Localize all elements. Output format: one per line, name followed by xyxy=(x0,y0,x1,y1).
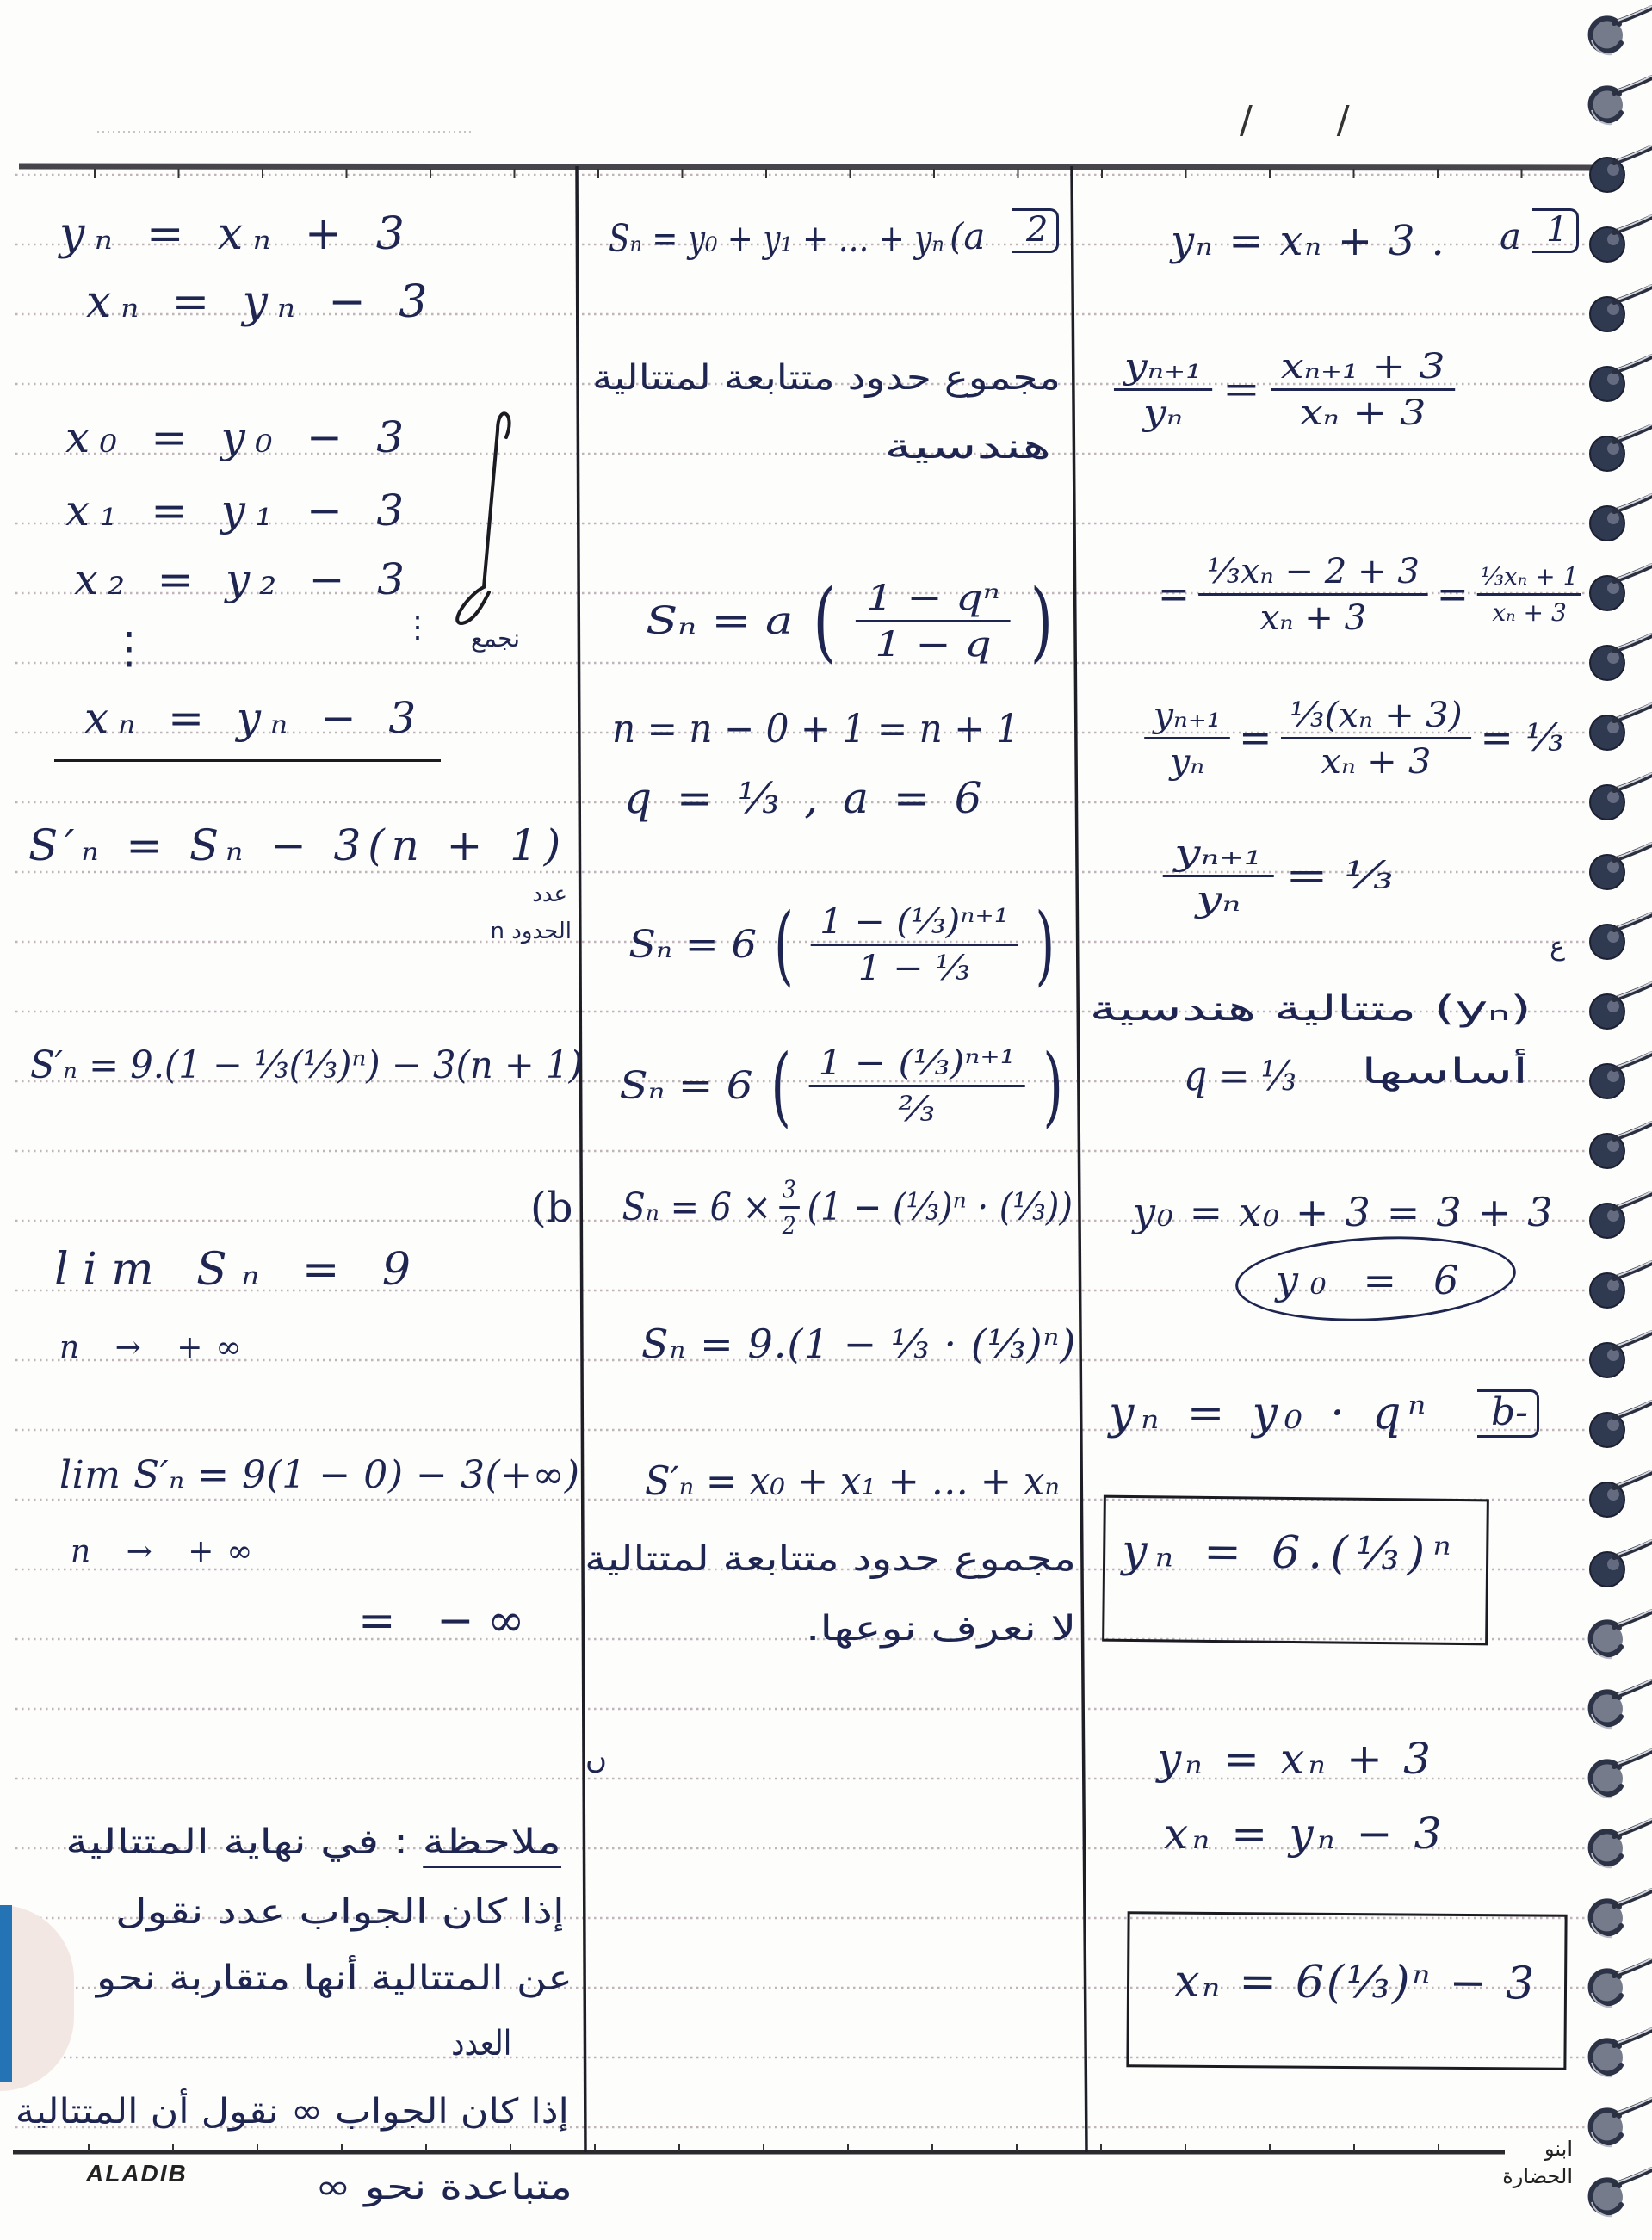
sprime-definition: S′ₙ = x₀ + x₁ + … + xₙ xyxy=(645,1461,1060,1501)
parameters: q = ⅓ , a = 6 xyxy=(624,777,987,820)
brand-logo-right: الحضارة xyxy=(1502,2166,1573,2187)
remark-line: عن المتتالية أنها متقاربة نحو xyxy=(96,1961,572,1996)
equals: = xyxy=(1437,576,1469,614)
step-lhs: Sₙ = 6 xyxy=(628,926,757,964)
y0-calculation: y₀ = x₀ + 3 = 3 + 3 xyxy=(1133,1192,1555,1232)
unknown-sum-note: مجموع حدود متتابعة لمتتالية xyxy=(585,1542,1076,1576)
denominator: 1 − ⅓ xyxy=(858,946,970,986)
y0-result: y₀ = 6 xyxy=(1276,1260,1471,1300)
remark-line: إذا كان الجواب عدد نقول xyxy=(115,1895,565,1929)
question-part-label: a xyxy=(1500,219,1521,255)
step-lhs: Sₙ = 6 xyxy=(620,1067,753,1105)
term-x0: x₀ = y₀ − 3 xyxy=(65,416,414,459)
numerator: 1 − (⅓)ⁿ⁺¹ xyxy=(809,1046,1025,1087)
numerator: 1 − qⁿ xyxy=(856,581,1011,622)
sum-underline xyxy=(54,759,441,762)
numerator: yₙ₊₁ xyxy=(1163,836,1274,877)
fraction: yₙ₊₁yₙ xyxy=(1144,698,1230,779)
fraction: 1 − (⅓)ⁿ⁺¹1 − ⅓ xyxy=(811,905,1018,986)
ratio-step-3: yₙ₊₁yₙ = ⅓(xₙ + 3)xₙ + 3 = ⅓ xyxy=(1140,698,1568,779)
ratio-step-4: yₙ₊₁yₙ = ⅓ xyxy=(1157,836,1400,917)
formula-lhs: Sₙ = a xyxy=(646,603,793,640)
numerator: ⅓(xₙ + 3) xyxy=(1281,698,1471,739)
sum-definition: Sₙ = y₀ + y₁ + … + yₙ xyxy=(609,220,944,258)
question-number-badge: 1 xyxy=(1532,208,1579,253)
vertical-ellipsis: ⋮ xyxy=(403,613,432,642)
open-paren: ( xyxy=(774,902,794,988)
step-lhs: Sₙ = 6 × xyxy=(622,1189,771,1227)
geometric-sum-note: هندسية xyxy=(884,430,1051,464)
ratio-step-2: = ⅓xₙ − 2 + 3xₙ + 3 = ⅓xₙ + 1xₙ + 3 xyxy=(1154,554,1586,635)
denominator: xₙ + 3 xyxy=(1321,739,1432,779)
margin-mark: ع xyxy=(1550,934,1565,960)
sequence-definition: yₙ = xₙ + 3 . xyxy=(1171,220,1446,262)
geometric-conclusion: (yₙ) متتالية هندسية xyxy=(1090,992,1531,1026)
brand-logo-left: ALADIB xyxy=(86,2162,188,2186)
denominator: xₙ + 3 xyxy=(1300,391,1426,430)
vertical-ellipsis: ⋮ xyxy=(108,627,151,670)
question-part-badge: b- xyxy=(1477,1389,1539,1438)
ratio-value: q = ⅓ xyxy=(1184,1055,1296,1097)
denominator: 2 xyxy=(779,1209,799,1238)
denominator: xₙ + 3 xyxy=(1488,596,1569,625)
relation-y: yₙ = xₙ + 3 xyxy=(59,212,414,257)
remark-title: ملاحظة xyxy=(423,1822,561,1868)
relation-x: xₙ = yₙ − 3 xyxy=(1164,1812,1445,1855)
open-paren: ( xyxy=(813,579,835,665)
result-box: yₙ = 6.(⅓)ⁿ xyxy=(1102,1495,1489,1646)
fraction: 1 − qⁿ1 − q xyxy=(856,581,1011,662)
question-part-label: (b xyxy=(530,1187,572,1228)
limit-sprime-result: = −∞ xyxy=(358,1599,538,1643)
relation-y: yₙ = xₙ + 3 xyxy=(1157,1737,1434,1780)
remark-line: متباعدة نحو ∞ xyxy=(315,2170,572,2205)
geometric-sum-note: مجموع حدود متتابعة لمتتالية xyxy=(592,361,1061,395)
page-tab-strip xyxy=(0,1905,12,2082)
sum-formula: Sₙ = a ( 1 − qⁿ1 − q ) xyxy=(640,579,1067,665)
sprime-relation: S′ₙ = Sₙ − 3(n + 1) xyxy=(28,824,567,867)
denominator: xₙ + 3 xyxy=(1260,596,1366,635)
denominator: yₙ xyxy=(1170,739,1204,779)
term-x1: x₁ = y₁ − 3 xyxy=(65,489,414,532)
sum-step-2: Sₙ = 6 ( 1 − (⅓)ⁿ⁺¹⅔ ) xyxy=(615,1043,1076,1129)
term-count: n = n − 0 + 1 = n + 1 xyxy=(612,709,1019,748)
sum-step-4: Sₙ = 9.(1 − ⅓ · (⅓)ⁿ) xyxy=(641,1324,1076,1364)
close-paren: ) xyxy=(1043,1043,1063,1129)
yn-result: yₙ = 6.(⅓)ⁿ xyxy=(1122,1529,1459,1577)
relation-x: xₙ = yₙ − 3 xyxy=(86,280,436,325)
unknown-sum-note: لا نعرف نوعها. xyxy=(806,1612,1076,1646)
equals: = xyxy=(1222,371,1260,409)
denominator: yₙ xyxy=(1196,877,1241,917)
fraction: yₙ₊₁yₙ xyxy=(1163,836,1274,917)
term-xn: xₙ = yₙ − 3 xyxy=(84,696,425,739)
remark-line: العدد xyxy=(451,2027,511,2061)
result: = ⅓ xyxy=(1480,720,1563,758)
limit-sprime: lim S′ₙ = 9(1 − 0) − 3(+∞) xyxy=(59,1457,580,1494)
fraction: ⅓(xₙ + 3)xₙ + 3 xyxy=(1281,698,1471,779)
margin-mark: ں xyxy=(585,1744,607,1773)
numerator: 1 − (⅓)ⁿ⁺¹ xyxy=(811,905,1018,946)
remark-line: ملاحظة : في نهاية المتتالية xyxy=(65,1825,561,1859)
denominator: 1 − q xyxy=(875,622,991,662)
open-paren: ( xyxy=(770,1043,791,1129)
numerator: yₙ₊₁ xyxy=(1144,698,1230,739)
summation-stroke xyxy=(457,413,509,623)
sum-step-3: Sₙ = 6 × 32 (1 − (⅓)ⁿ · (⅓)) xyxy=(618,1178,1077,1238)
denominator: ⅔ xyxy=(899,1087,936,1127)
numerator: ⅓xₙ + 1 xyxy=(1477,565,1582,596)
ratio-word: أساسها xyxy=(1361,1055,1528,1089)
xn-result: xₙ = 6(⅓)ⁿ − 3 xyxy=(1174,1959,1537,2007)
fraction: 32 xyxy=(779,1178,799,1238)
sum-note: نجمع xyxy=(471,627,520,651)
date-field: / / xyxy=(1240,102,1350,139)
remark-line: إذا كان الجواب ∞ نقول أن المتتالية xyxy=(15,2095,569,2129)
term-count-note: عدد xyxy=(532,883,567,906)
term-count-note: الحدود n xyxy=(491,920,572,943)
term-x2: x₂ = y₂ − 3 xyxy=(74,558,414,601)
question-part-label: (a xyxy=(950,219,985,255)
close-paren: ) xyxy=(1035,902,1055,988)
notebook-page: / / yₙ = xₙ + 3 xₙ = yₙ − 3 x₀ = y₀ − 3 … xyxy=(0,0,1652,2240)
limit-sprime-subscript: n → +∞ xyxy=(71,1537,265,1568)
step-rest: (1 − (⅓)ⁿ · (⅓)) xyxy=(807,1189,1073,1227)
close-paren: ) xyxy=(1030,579,1053,665)
equals: = xyxy=(1158,576,1190,614)
ratio-step-1: yₙ₊₁yₙ = xₙ₊₁ + 3xₙ + 3 xyxy=(1109,350,1460,430)
fraction: 1 − (⅓)ⁿ⁺¹⅔ xyxy=(809,1046,1025,1127)
question-number-badge: 2 xyxy=(1012,208,1059,253)
numerator: ⅓xₙ − 2 + 3 xyxy=(1198,554,1428,596)
result: = ⅓ xyxy=(1285,857,1394,895)
fraction: yₙ₊₁yₙ xyxy=(1114,350,1212,430)
sum-step-1: Sₙ = 6 ( 1 − (⅓)ⁿ⁺¹1 − ⅓ ) xyxy=(624,902,1067,988)
limit-sn: lim Sₙ = 9 xyxy=(54,1247,425,1292)
denominator: yₙ xyxy=(1143,391,1183,430)
numerator: xₙ₊₁ + 3 xyxy=(1271,350,1456,391)
sprime-expression: S′ₙ = 9.(1 − ⅓(⅓)ⁿ) − 3(n + 1) xyxy=(30,1047,583,1085)
limit-sn-subscript: n → +∞ xyxy=(59,1333,254,1364)
fraction: ⅓xₙ + 1xₙ + 3 xyxy=(1477,565,1582,625)
result-box: xₙ = 6(⅓)ⁿ − 3 xyxy=(1126,1911,1567,2070)
numerator: yₙ₊₁ xyxy=(1114,350,1212,391)
remark-text: : في نهاية المتتالية xyxy=(65,1822,408,1862)
fraction: xₙ₊₁ + 3xₙ + 3 xyxy=(1271,350,1456,430)
numerator: 3 xyxy=(779,1178,799,1209)
equals: = xyxy=(1239,720,1271,758)
general-term: yₙ = y₀ · qⁿ xyxy=(1109,1391,1432,1436)
fraction: ⅓xₙ − 2 + 3xₙ + 3 xyxy=(1198,554,1428,635)
brand-logo-right: ابنو xyxy=(1544,2138,1573,2159)
